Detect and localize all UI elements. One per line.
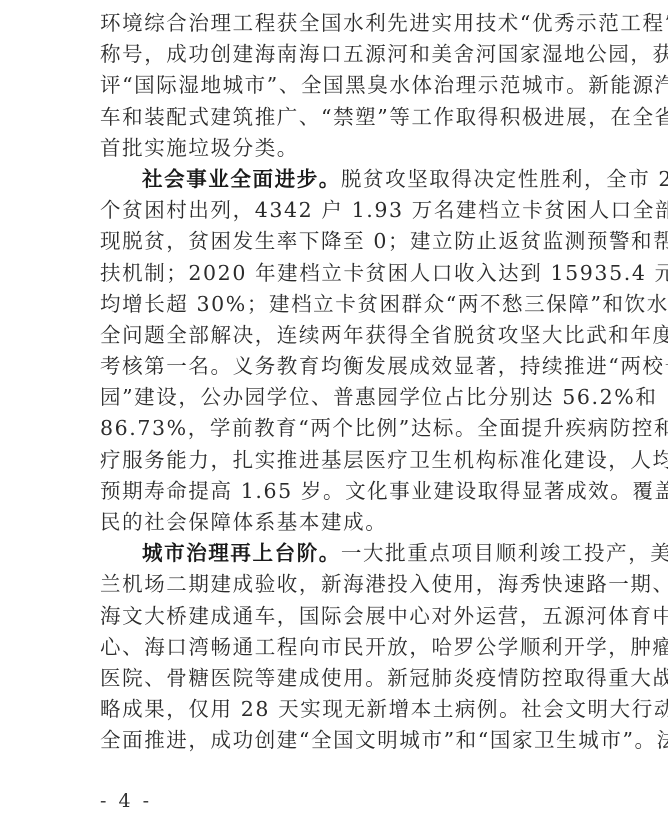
text-line: 称号，成功创建海南海口五源河和美舍河国家湿地公园，获	[100, 39, 570, 70]
page-number: - 4 -	[100, 790, 152, 812]
text-line: 心、海口湾畅通工程向市民开放，哈罗公学顺利开学，肿瘤	[100, 632, 570, 663]
text-line: 环境综合治理工程获全国水利先进实用技术“优秀示范工程”	[100, 8, 570, 39]
text-run: 一大批重点项目顺利竣工投产，美	[341, 541, 668, 565]
text-line: 86.73%，学前教育“两个比例”达标。全面提升疾病防控和医	[100, 413, 570, 444]
paragraph-heading: 社会事业全面进步。	[142, 167, 341, 191]
text-line: 兰机场二期建成验收，新海港投入使用，海秀快速路一期、	[100, 569, 570, 600]
text-line: 预期寿命提高 1.65 岁。文化事业建设取得显著成效。覆盖全	[100, 476, 570, 507]
text-line: 社会事业全面进步。脱贫攻坚取得决定性胜利，全市 22	[100, 164, 570, 195]
paragraph-heading: 城市治理再上台阶。	[142, 541, 341, 565]
text-line: 城市治理再上台阶。一大批重点项目顺利竣工投产，美	[100, 538, 570, 569]
text-line: 现脱贫，贫困发生率下降至 0；建立防止返贫监测预警和帮	[100, 226, 570, 257]
text-line: 考核第一名。义务教育均衡发展成效显著，持续推进“两校一	[100, 351, 570, 382]
text-line: 全问题全部解决，连续两年获得全省脱贫攻坚大比武和年度	[100, 320, 570, 351]
paragraph-environment: 环境综合治理工程获全国水利先进实用技术“优秀示范工程” 称号，成功创建海南海口五…	[100, 8, 570, 164]
text-line: 评“国际湿地城市”、全国黑臭水体治理示范城市。新能源汽	[100, 70, 570, 101]
text-line: 个贫困村出列，4342 户 1.93 万名建档立卡贫困人口全部实	[100, 195, 570, 226]
text-line: 医院、骨糖医院等建成使用。新冠肺炎疫情防控取得重大战	[100, 663, 570, 694]
text-line: 扶机制；2020 年建档立卡贫困人口收入达到 15935.4 元，年	[100, 258, 570, 289]
text-line: 略成果，仅用 28 天实现无新增本土病例。社会文明大行动	[100, 694, 570, 725]
paragraph-urban-governance: 城市治理再上台阶。一大批重点项目顺利竣工投产，美 兰机场二期建成验收，新海港投入…	[100, 538, 570, 756]
text-line: 均增长超 30%；建档立卡贫困群众“两不愁三保障”和饮水安	[100, 289, 570, 320]
text-line: 全面推进，成功创建“全国文明城市”和“国家卫生城市”。法	[100, 725, 570, 756]
text-line: 海文大桥建成通车，国际会展中心对外运营，五源河体育中	[100, 601, 570, 632]
text-line: 疗服务能力，扎实推进基层医疗卫生机构标准化建设，人均	[100, 445, 570, 476]
document-body: 环境综合治理工程获全国水利先进实用技术“优秀示范工程” 称号，成功创建海南海口五…	[100, 8, 570, 757]
text-line: 民的社会保障体系基本建成。	[100, 507, 570, 538]
paragraph-social-progress: 社会事业全面进步。脱贫攻坚取得决定性胜利，全市 22 个贫困村出列，4342 户…	[100, 164, 570, 538]
text-run: 脱贫攻坚取得决定性胜利，全市 22	[341, 167, 668, 191]
text-line: 园”建设，公办园学位、普惠园学位占比分别达 56.2%和	[100, 382, 570, 413]
text-line: 车和装配式建筑推广、“禁塑”等工作取得积极进展，在全省	[100, 102, 570, 133]
text-line: 首批实施垃圾分类。	[100, 133, 570, 164]
